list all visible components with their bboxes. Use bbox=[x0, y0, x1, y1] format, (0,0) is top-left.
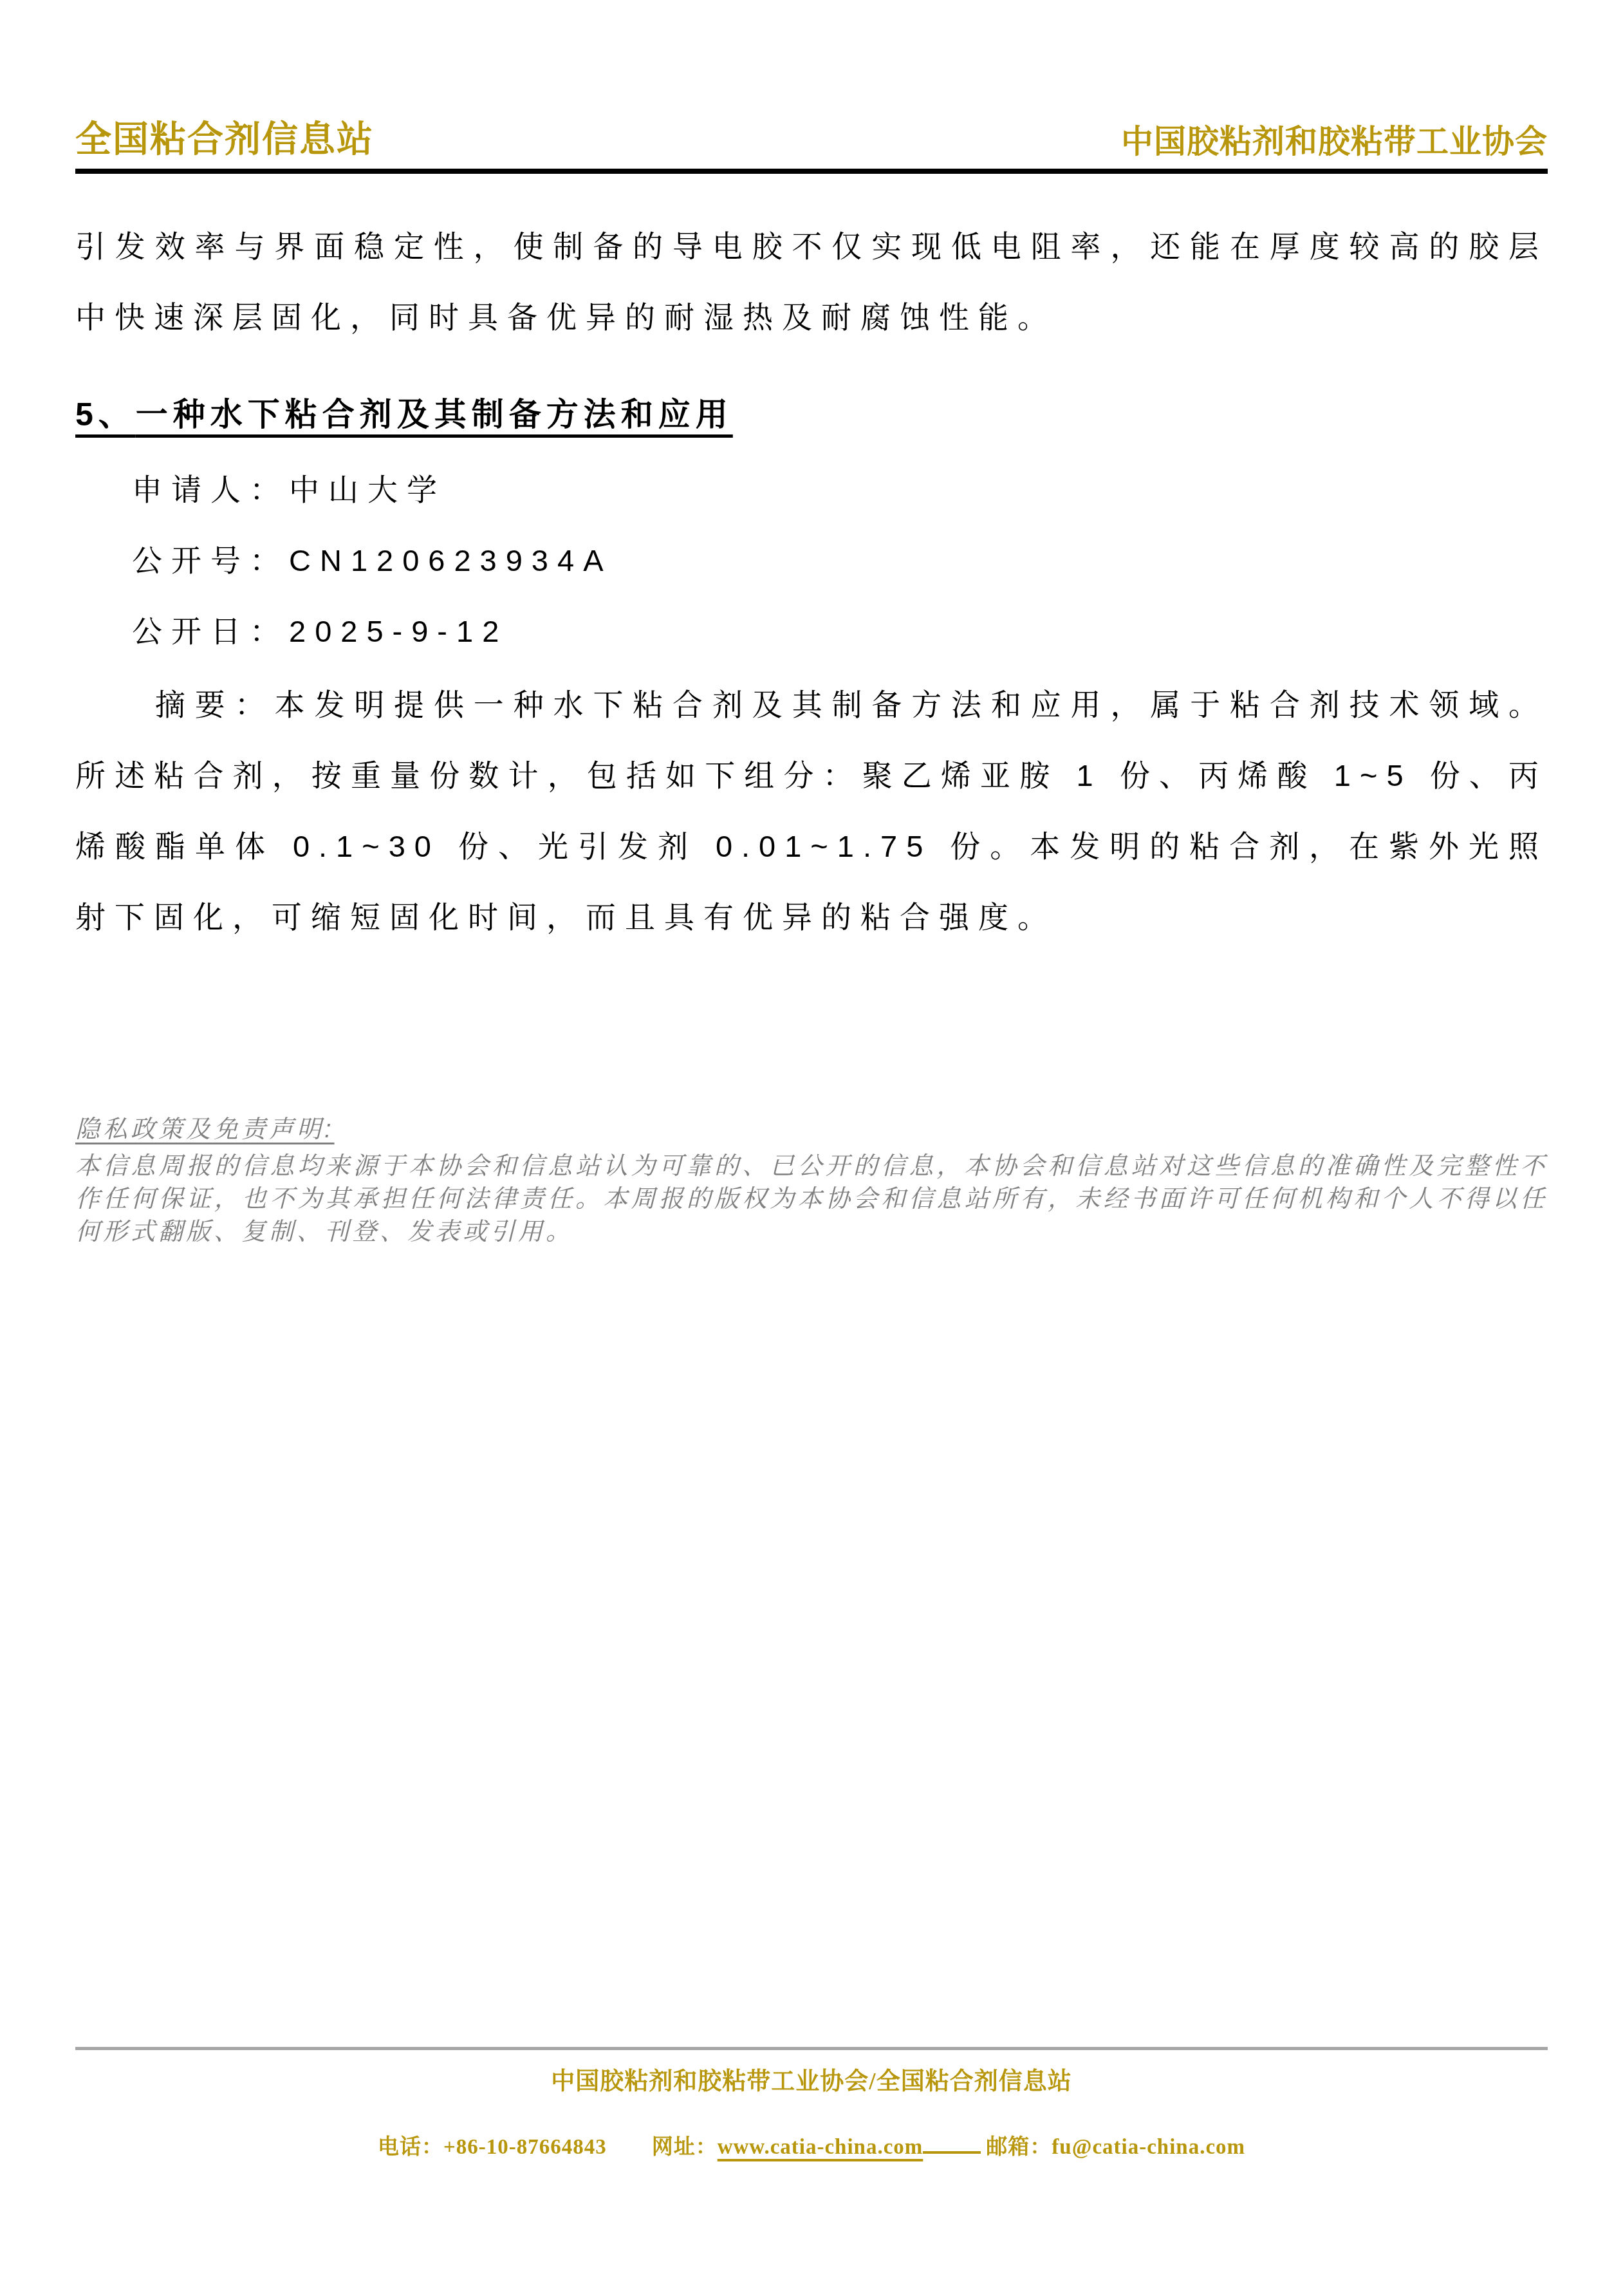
patent-meta-block: 申请人：中山大学 公开号：CN120623934A 公开日：2025-9-12 bbox=[132, 454, 1548, 667]
header-association-title: 中国胶粘剂和胶粘带工业协会 bbox=[1121, 116, 1548, 162]
footer-organization-line: 中国胶粘剂和胶粘带工业协会/全国粘合剂信息站 bbox=[75, 2062, 1548, 2096]
disclaimer-title: 隐私政策及免责声明: bbox=[75, 1114, 335, 1146]
page-content: 全国粘合剂信息站 中国胶粘剂和胶粘带工业协会 引发效率与界面稳定性，使制备的导电… bbox=[75, 0, 1548, 1249]
page-header: 全国粘合剂信息站 中国胶粘剂和胶粘带工业协会 bbox=[75, 111, 1548, 162]
publication-date-line: 公开日：2025-9-12 bbox=[132, 596, 1548, 667]
footer-email-segment: 邮箱：fu@catia-china.com bbox=[986, 2136, 1245, 2159]
website-link[interactable]: www.catia-china.com bbox=[718, 2136, 923, 2159]
email-label: 邮箱： bbox=[986, 2136, 1052, 2159]
web-label: 网址： bbox=[652, 2136, 718, 2159]
page-footer: 中国胶粘剂和胶粘带工业协会/全国粘合剂信息站 电话：+86-10-8766484… bbox=[75, 2047, 1548, 2160]
abstract-paragraph: 摘要：本发明提供一种水下粘合剂及其制备方法和应用，属于粘合剂技术领域。所述粘合剂… bbox=[75, 669, 1548, 953]
phone-label: 电话： bbox=[378, 2136, 443, 2159]
footer-contact-line: 电话：+86-10-87664843网址：www.catia-china.com… bbox=[75, 2130, 1548, 2160]
footer-divider bbox=[75, 2047, 1548, 2050]
section-heading-title: 一种水下粘合剂及其制备方法和应用 bbox=[136, 397, 733, 433]
phone-number: +86-10-87664843 bbox=[443, 2136, 607, 2159]
document-page: 全国粘合剂信息站 中国胶粘剂和胶粘带工业协会 引发效率与界面稳定性，使制备的导电… bbox=[0, 0, 1623, 2296]
applicant-line: 申请人：中山大学 bbox=[132, 454, 1548, 525]
publication-number-line: 公开号：CN120623934A bbox=[132, 525, 1548, 596]
header-site-title: 全国粘合剂信息站 bbox=[75, 111, 374, 162]
section-heading: 5、一种水下粘合剂及其制备方法和应用 bbox=[75, 384, 1548, 445]
disclaimer-text: 本信息周报的信息均来源于本协会和信息站认为可靠的、已公开的信息，本协会和信息站对… bbox=[75, 1150, 1548, 1249]
email-address: fu@catia-china.com bbox=[1052, 2136, 1245, 2159]
section-heading-number: 5、 bbox=[75, 397, 136, 433]
disclaimer-block: 隐私政策及免责声明: 本信息周报的信息均来源于本协会和信息站认为可靠的、已公开的… bbox=[75, 1114, 1548, 1249]
footer-phone-segment: 电话：+86-10-87664843 bbox=[378, 2136, 607, 2159]
intro-paragraph: 引发效率与界面稳定性，使制备的导电胶不仅实现低电阻率，还能在厚度较高的胶层中快速… bbox=[75, 211, 1548, 353]
header-divider bbox=[75, 169, 1548, 174]
url-underline-tail bbox=[923, 2130, 981, 2154]
footer-web-segment: 网址：www.catia-china.com bbox=[652, 2136, 981, 2159]
